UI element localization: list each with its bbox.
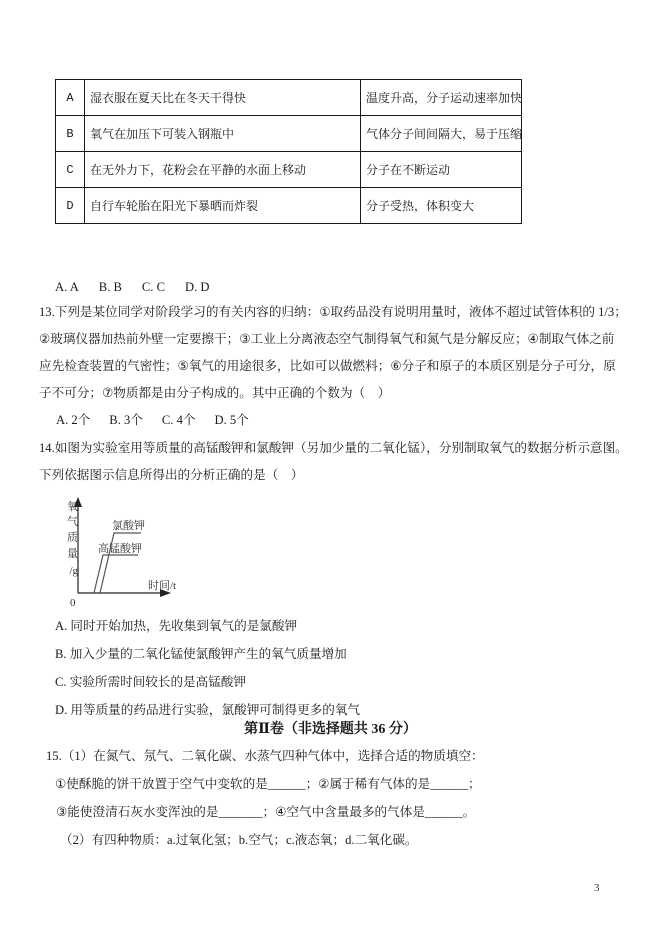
choice-a: A. 同时开始加热，先收集到氧气的是氯酸钾 xyxy=(55,612,360,640)
question-14-answer-choices: A. 同时开始加热，先收集到氧气的是氯酸钾 B. 加入少量的二氧化锰使氯酸钾产生… xyxy=(55,612,360,724)
question-14-line: 下列依据图示信息所得出的分析正确的是（ ） xyxy=(39,462,628,489)
question-15-blanks-1-2: ①使酥脆的饼干放置于空气中变软的是______；②属于稀有气体的是______； xyxy=(55,776,481,793)
table-row: B 氧气在加压下可装入钢瓶中 气体分子间间隔大，易于压缩 xyxy=(56,116,522,152)
y-axis-label-char: 量 xyxy=(67,547,78,560)
choice-a: A. A xyxy=(55,279,79,296)
question-13-line: 13.下列是某位同学对阶段学习的有关内容的归纳：①取药品没有说明用量时，液体不超… xyxy=(39,299,627,326)
section-2-header: 第Ⅱ卷（非选择题共 36 分） xyxy=(0,721,661,739)
question-13-line: 子不可分；⑦物质都是由分子构成的。其中正确的个数为（ ） xyxy=(39,380,627,407)
table-cell-option: A xyxy=(56,80,85,116)
table-row: C 在无外力下，花粉会在平静的水面上移动 分子在不断运动 xyxy=(56,152,522,188)
choice-d: D. D xyxy=(185,279,210,296)
question-13-answer-choices: A. 2个 B. 3个 C. 4个 D. 5个 xyxy=(56,412,249,429)
exam-page: A 湿衣服在夏天比在冬天干得快 温度升高，分子运动速率加快 B 氧气在加压下可装… xyxy=(0,0,661,935)
page-number: 3 xyxy=(594,882,600,894)
y-axis-label-char: /g xyxy=(69,565,78,577)
kmno4-curve xyxy=(94,555,138,593)
table-cell-explanation: 分子受热，体积变大 xyxy=(361,188,522,224)
choice-b: B. 加入少量的二氧化锰使氯酸钾产生的氧气质量增加 xyxy=(55,640,360,668)
table-cell-phenomenon: 在无外力下，花粉会在平静的水面上移动 xyxy=(85,152,361,188)
table-cell-explanation: 分子在不断运动 xyxy=(361,152,522,188)
choice-c: C. C xyxy=(142,279,165,296)
y-axis-label-char: 氧 xyxy=(67,499,78,513)
oxygen-mass-time-chart: 氧 气 质 量 /g 氯酸钾 高锰酸钾 时间/t 0 xyxy=(64,493,194,615)
choice-d: D. 5个 xyxy=(214,412,248,429)
choice-d: D. 用等质量的药品进行实验，氯酸钾可制得更多的氧气 xyxy=(55,696,360,724)
table-cell-explanation: 气体分子间间隔大，易于压缩 xyxy=(361,116,522,152)
table-cell-phenomenon: 湿衣服在夏天比在冬天干得快 xyxy=(85,80,361,116)
kclo3-series-label: 氯酸钾 xyxy=(112,518,145,532)
table-cell-explanation: 温度升高，分子运动速率加快 xyxy=(361,80,522,116)
table-cell-option: C xyxy=(56,152,85,188)
choice-a: A. 2个 xyxy=(56,412,90,429)
question-14-line: 14.如图为实验室用等质量的高锰酸钾和氯酸钾（另加少量的二氧化锰），分别制取氧气… xyxy=(39,435,628,462)
table-row: A 湿衣服在夏天比在冬天干得快 温度升高，分子运动速率加快 xyxy=(56,80,522,116)
table-cell-option: D xyxy=(56,188,85,224)
kclo3-curve xyxy=(100,533,141,593)
table-cell-phenomenon: 氧气在加压下可装入钢瓶中 xyxy=(85,116,361,152)
question-15-intro: 15.（1）在氮气、氖气、二氧化碳、水蒸气四种气体中，选择合适的物质填空： xyxy=(46,748,484,765)
choice-c: C. 4个 xyxy=(162,412,196,429)
question-13-line: 应先检查装置的气密性；⑤氧气的用途很多，比如可以做燃料；⑥分子和原子的本质区别是… xyxy=(39,353,627,380)
kmno4-series-label: 高锰酸钾 xyxy=(98,541,142,555)
question-13-text: 13.下列是某位同学对阶段学习的有关内容的归纳：①取药品没有说明用量时，液体不超… xyxy=(39,299,627,407)
question-13-line: ②玻璃仪器加热前外壁一定要擦干；③工业上分离液态空气制得氧气和氮气是分解反应；④… xyxy=(39,326,627,353)
origin-label: 0 xyxy=(70,597,76,609)
x-axis-label: 时间/t xyxy=(148,578,176,592)
choice-b: B. B xyxy=(99,279,122,296)
y-axis-label-char: 质 xyxy=(67,530,78,544)
question-14-text: 14.如图为实验室用等质量的高锰酸钾和氯酸钾（另加少量的二氧化锰），分别制取氧气… xyxy=(39,435,628,489)
table-cell-phenomenon: 自行车轮胎在阳光下暴晒而炸裂 xyxy=(85,188,361,224)
question-12-answer-choices: A. A B. B C. C D. D xyxy=(55,279,210,296)
table-cell-option: B xyxy=(56,116,85,152)
question-15-part-2: （2）有四种物质：a.过氧化氢；b.空气；c.液态氧；d.二氧化碳。 xyxy=(60,832,418,849)
question-15-blanks-3-4: ③能使澄清石灰水变浑浊的是_______；④空气中含量最多的气体是______。 xyxy=(56,804,475,821)
table-row: D 自行车轮胎在阳光下暴晒而炸裂 分子受热，体积变大 xyxy=(56,188,522,224)
y-axis-label-char: 气 xyxy=(67,514,78,528)
molecule-examples-table: A 湿衣服在夏天比在冬天干得快 温度升高，分子运动速率加快 B 氧气在加压下可装… xyxy=(55,79,522,224)
choice-c: C. 实验所需时间较长的是高锰酸钾 xyxy=(55,668,360,696)
choice-b: B. 3个 xyxy=(109,412,143,429)
